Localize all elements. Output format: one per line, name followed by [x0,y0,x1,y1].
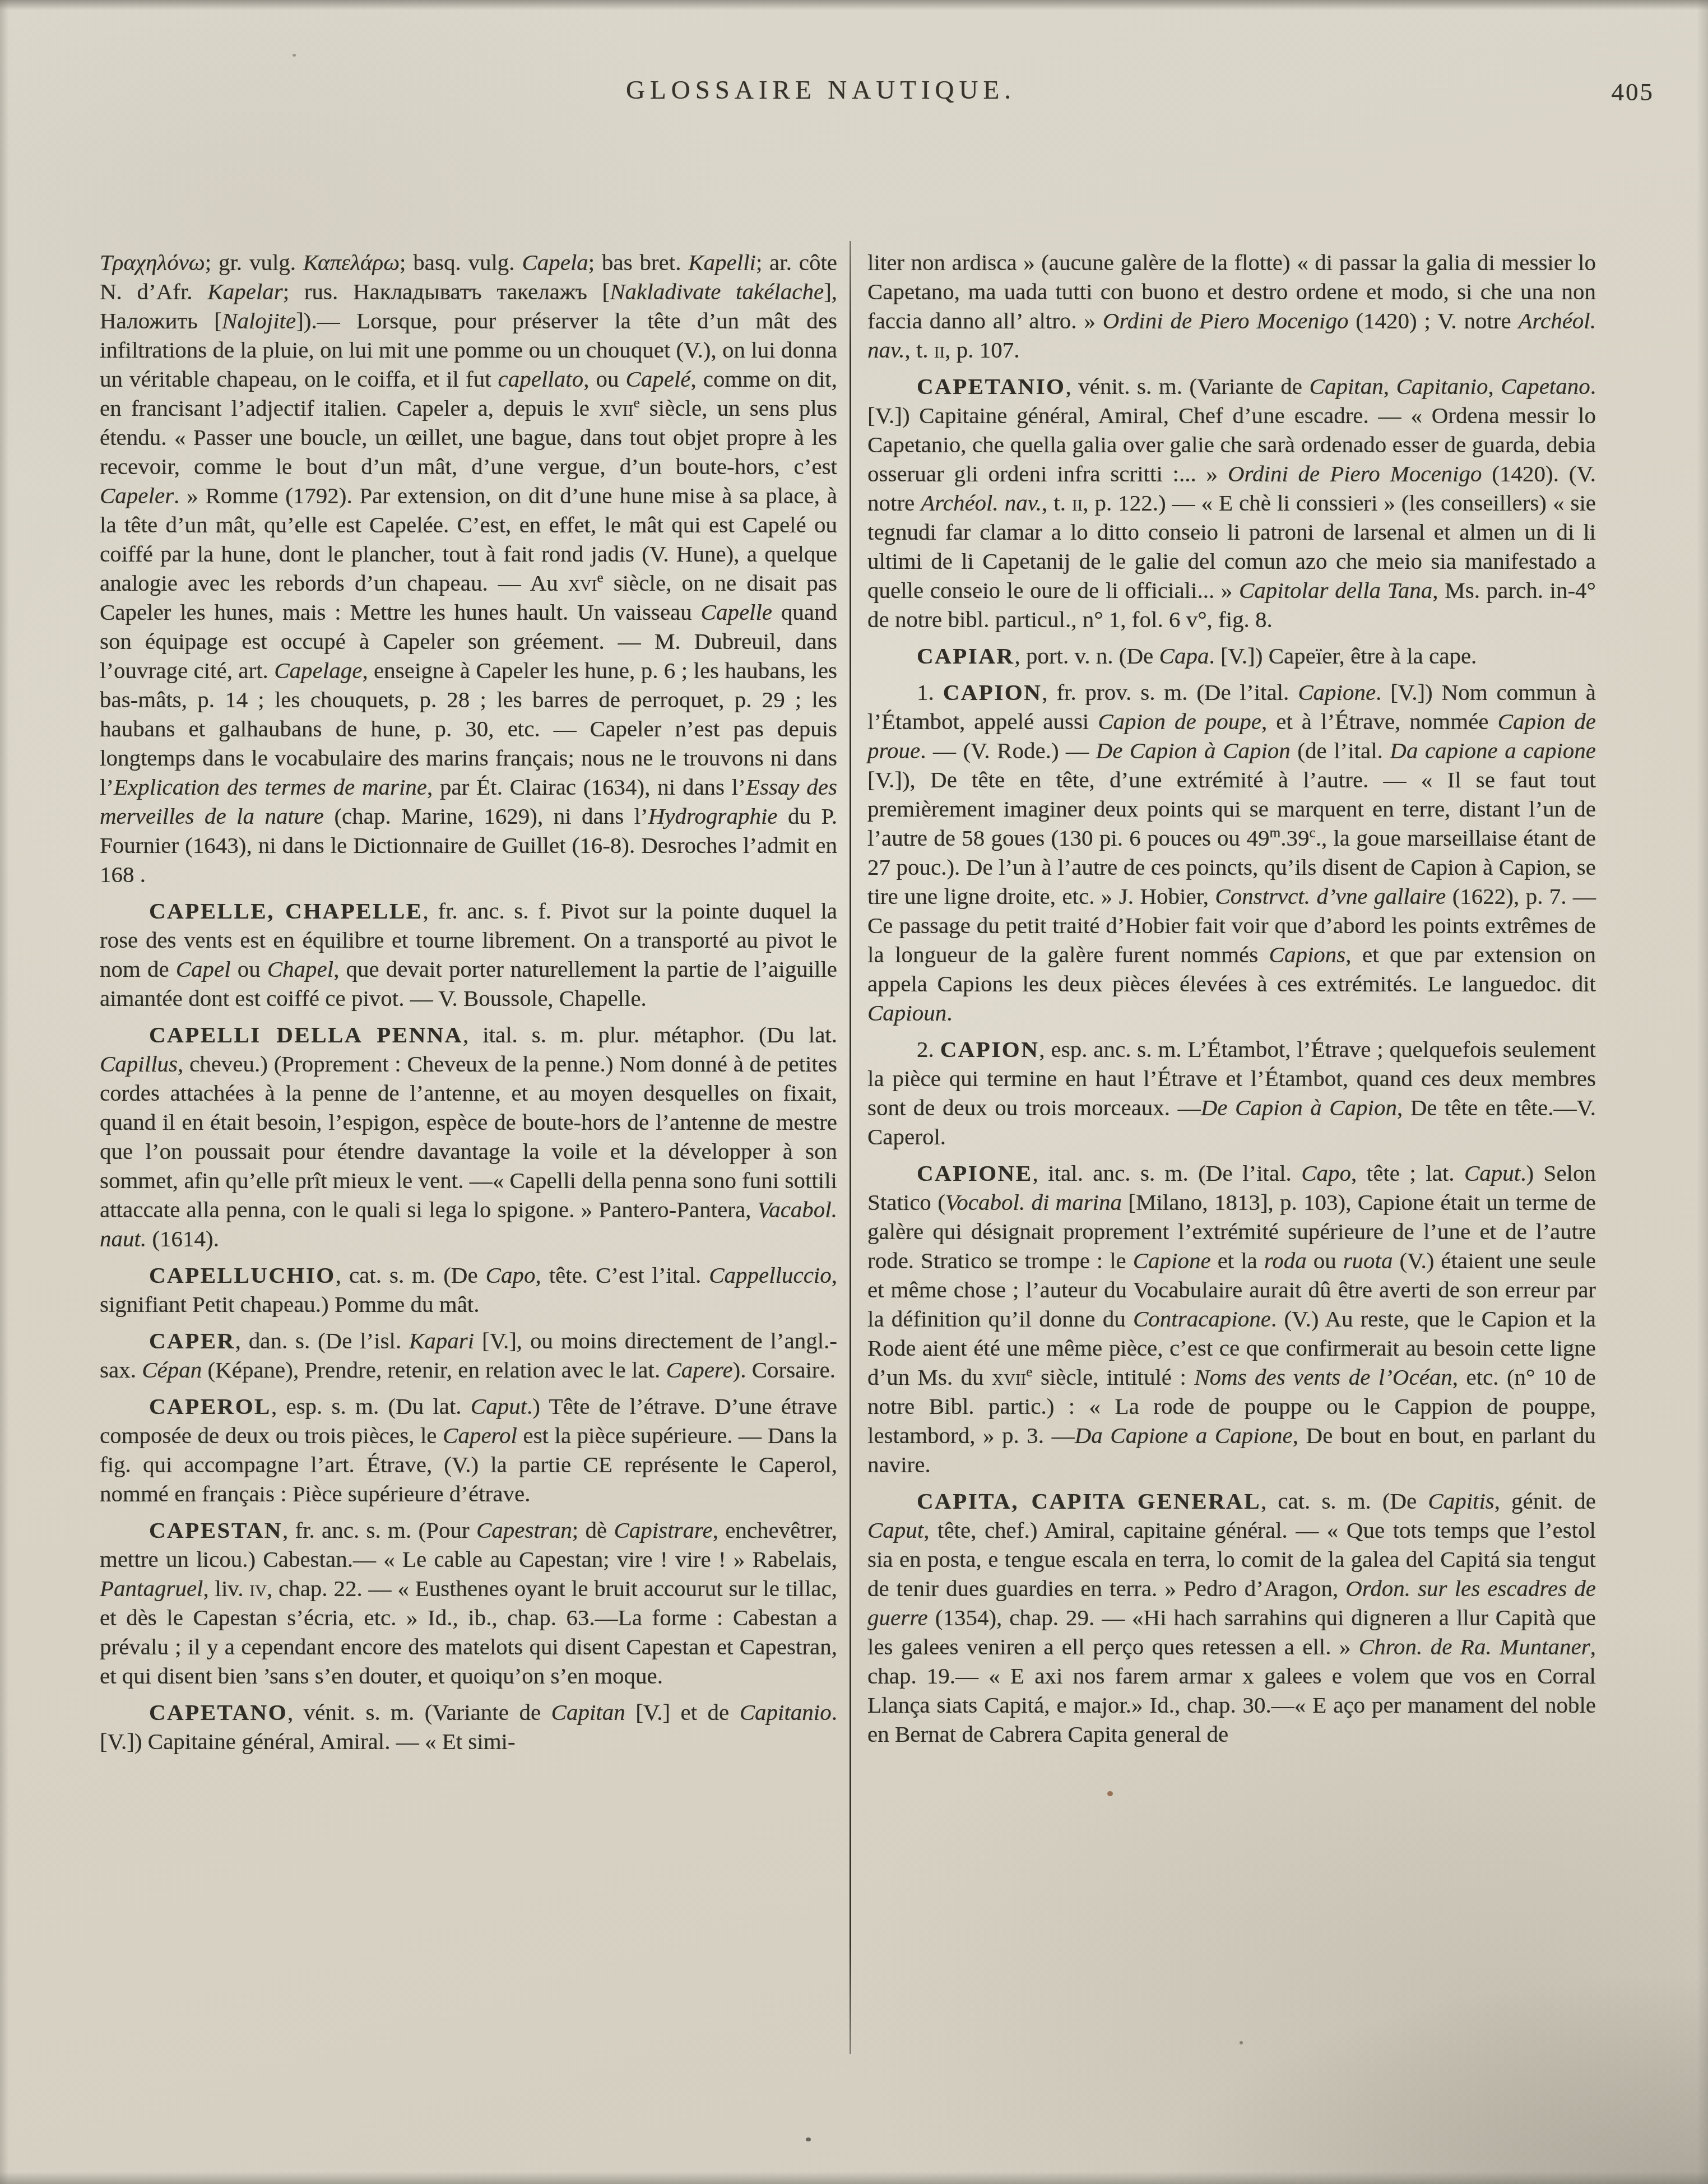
italic-run: Vocabol. di marina [945,1189,1122,1215]
italic-run: Capillus [100,1051,178,1077]
italic-run: Capere [666,1357,732,1383]
text-run: ou [231,956,267,982]
text-run: , p. 107. [945,337,1019,363]
entry-caper: CAPER, dan. s. (De l’isl. Kapari [V.], o… [100,1326,837,1384]
italic-run: Capo [1301,1160,1351,1186]
italic-run: ruota [1343,1248,1393,1273]
smallcaps-run: xvi [568,570,597,596]
text-run: , port. v. n. (De [1014,643,1159,669]
entry-headword: CAPION [940,1036,1039,1062]
italic-run: Archéol. nav. [921,490,1042,516]
italic-run: Nakladivate takélache [610,279,824,304]
italic-run: Caperol [443,1422,517,1448]
superscript-run: e [597,570,603,586]
text-run: , t. [904,337,934,363]
italic-run: Capelé [625,366,690,392]
text-run: , par Ét. Clairac (1634), ni dans l’ [427,774,746,800]
text-run: , cheveu.) (Proprement : Cheveux de la p… [100,1051,837,1222]
italic-run: Pantagruel [100,1575,203,1601]
italic-run: Capela [522,249,588,275]
text-run: , ou [583,366,625,392]
entry-headword: CAPESTAN [149,1517,282,1543]
italic-run: Constrvct. d’vne gallaire [1215,883,1446,909]
text-run: , [1488,373,1501,399]
text-run: ; rus. Накладыватъ такелажъ [ [283,279,610,304]
smallcaps-run: ii [1072,490,1083,516]
italic-run: Capitolar della Tana [1239,577,1432,603]
italic-run: Καπελάρω [303,249,400,275]
text-run: (1420) ; V. notre [1348,308,1518,333]
italic-run: Capitanio [1396,373,1488,399]
text-run: , tête. C’est l’ital. [535,1262,709,1288]
italic-run: Caput [867,1517,923,1543]
column-left: Τραχηλόνω; gr. vulg. Καπελάρω; basq. vul… [100,248,837,1756]
scanned-book-page: GLOSSAIRE NAUTIQUE. 405 Τραχηλόνω; gr. v… [0,0,1708,2184]
superscript-run: m [1269,825,1280,841]
entry-caperol: CAPEROL, esp. s. m. (Du lat. Caput.) Têt… [100,1392,837,1508]
entry-headword: CAPELLI DELLA PENNA [149,1022,463,1047]
italic-run: Capel [176,956,231,982]
entry-headword: CAPIAR [917,643,1014,669]
italic-run: Capestran [476,1517,572,1543]
text-run: , fr. prov. s. m. (De l’ital. [1042,679,1298,705]
italic-run: Kapelar [207,279,282,304]
text-run: , [1384,373,1396,399]
text-run: ; bas bret. [588,249,688,275]
italic-run: Capistrare [614,1517,712,1543]
text-run: .39 [1280,825,1309,851]
text-run: ). Corsaire. [733,1357,836,1383]
italic-run: Cépan [142,1357,202,1383]
italic-run: capellato [498,366,584,392]
italic-run: Caput [471,1393,527,1419]
italic-run: Capitis [1428,1488,1494,1514]
text-run: (chap. Marine, 1629), ni dans l’ [324,803,648,829]
entry-capita-capita-general: CAPITA, CAPITA GENERAL, cat. s. m. (De C… [867,1486,1596,1749]
ink-speck [1240,2041,1243,2044]
text-run: , génit. de [1494,1488,1596,1514]
text-run: , vénit. s. m. (Variante de [287,1699,551,1725]
text-run: (1614). [146,1226,219,1251]
italic-run: Capitanio [740,1699,832,1725]
entry-capestan: CAPESTAN, fr. anc. s. m. (Pour Capestran… [100,1515,837,1690]
italic-run: Cappelluccio [709,1262,832,1288]
smallcaps-run: iv [249,1575,267,1601]
entry-capion: 1. CAPION, fr. prov. s. m. (De l’ital. C… [867,678,1596,1027]
superscript-run: e [633,395,639,411]
page-corner-shadow [1120,1960,1708,2184]
italic-run: Da capione a capione [1390,738,1596,763]
text-run: , liv. [203,1575,249,1601]
italic-run: Chron. de Ra. Muntaner [1359,1634,1590,1659]
italic-run: Capelle [701,599,773,625]
running-title: GLOSSAIRE NAUTIQUE. [0,75,1642,105]
text-run: . — (V. Rode.) — [920,738,1096,763]
text-run: , dan. s. (De l’isl. [235,1328,409,1353]
entry-headword: CAPELLE, CHAPELLE [149,898,423,924]
text-run: siècle, intitulé : [1033,1364,1195,1390]
italic-run: Caput [1464,1160,1520,1186]
entry-headword: CAPELLUCHIO [149,1262,336,1288]
italic-run: Capelage [274,657,362,683]
italic-run: Da Capione a Capione [1075,1422,1293,1448]
italic-run: Capitan [551,1699,625,1725]
text-run: [V.] et de [625,1699,740,1725]
entry-headword: CAPEROL [149,1393,271,1419]
text-run: ; basq. vulg. [400,249,522,275]
page-number: 405 [1612,77,1655,106]
italic-run: De Capion à Capion [1201,1095,1397,1120]
foxing-spot [1107,1791,1113,1796]
entry-capetanio: CAPETANIO, vénit. s. m. (Variante de Cap… [867,372,1596,634]
entry-headword: CAPIONE [917,1160,1033,1186]
entry-capelluchio: CAPELLUCHIO, cat. s. m. (De Capo, tête. … [100,1260,837,1319]
entry-capelle-chapelle: CAPELLE, CHAPELLE, fr. anc. s. f. Pivot … [100,896,837,1013]
italic-run: Capion de poupe [1098,708,1261,734]
text-run: , ital. anc. s. m. (De l’ital. [1033,1160,1302,1186]
entry-headword: CAPER [149,1328,235,1353]
text-run: , esp. s. m. (Du lat. [271,1393,471,1419]
superscript-run: c [1309,825,1315,841]
italic-run: Ordini de Piero Mocenigo [1103,308,1349,333]
italic-run: Capione [1133,1248,1211,1273]
italic-run: Capitan [1310,373,1384,399]
text-run: (Képane), Prendre, retenir, en relation … [202,1357,666,1383]
entry-headword: CAPITA, CAPITA GENERAL [917,1488,1261,1514]
italic-run: De Capion à Capion [1096,738,1291,763]
text-run: . [946,1000,952,1026]
italic-run: Capioun [867,1000,946,1026]
entry-headword: CAPION [943,679,1042,705]
continuation-paragraph: Τραχηλόνω; gr. vulg. Καπελάρω; basq. vul… [100,248,837,889]
smallcaps-run: xvii [599,395,633,421]
column-right: liter non ardisca » (aucune galère de la… [867,248,1596,1749]
scan-edge-top [0,0,1708,10]
italic-run: Noms des vents de l’Océan [1194,1364,1452,1390]
italic-run: Ordini de Piero Mocenigo [1228,461,1482,486]
entry-capione: CAPIONE, ital. anc. s. m. (De l’ital. Ca… [867,1158,1596,1479]
entry-capiar: CAPIAR, port. v. n. (De Capa. [V.]) Cape… [867,641,1596,670]
italic-run: Kapelli [688,249,756,275]
italic-run: Capione [1298,679,1376,705]
text-run: 1. [917,679,943,705]
text-run: et la [1211,1248,1264,1273]
entry-capetano: CAPETANO, vénit. s. m. (Variante de Capi… [100,1698,837,1756]
text-run: (de l’ital. [1291,738,1390,763]
entry-headword: CAPETANO [149,1699,287,1725]
text-run: , cat. s. m. (De [336,1262,486,1288]
entry-capelli-della-penna: CAPELLI DELLA PENNA, ital. s. m. plur. m… [100,1020,837,1253]
text-run: , cat. s. m. (De [1261,1488,1428,1514]
italic-run: Contracapione [1133,1306,1271,1332]
italic-run: roda [1264,1248,1307,1273]
scan-edge-left [0,0,9,2184]
continuation-paragraph: liter non ardisca » (aucune galère de la… [867,248,1596,364]
ink-speck [806,2137,811,2141]
text-run: , vénit. s. m. (Variante de [1065,373,1309,399]
scan-edge-right [1697,0,1708,2184]
italic-run: Capeler [100,483,174,508]
entry-capion: 2. CAPION, esp. anc. s. m. L’Étambot, l’… [867,1035,1596,1151]
text-run: 2. [917,1036,940,1062]
smallcaps-run: ii [934,337,945,363]
italic-run: Nalojite [222,308,296,333]
italic-run: Capa [1159,643,1209,669]
italic-run: Capions [1269,942,1346,967]
italic-run: Τραχηλόνω [100,249,205,275]
column-divider [850,241,851,2054]
italic-run: Capetano [1501,373,1590,399]
ink-speck [293,54,296,57]
text-run: , et à l’Étrave, nommée [1261,708,1498,734]
text-run: , t. [1042,490,1072,516]
text-run: , ital. s. m. plur. métaphor. (Du lat. [463,1022,837,1047]
italic-run: Kapari [409,1328,474,1353]
italic-run: Explication des termes de marine [114,774,427,800]
italic-run: Hydrographie [648,803,778,829]
italic-run: Chapel [267,956,333,982]
text-run: ; dè [572,1517,614,1543]
smallcaps-run: xvii [992,1364,1026,1390]
text-run: ou [1307,1248,1343,1273]
superscript-run: e [1026,1364,1032,1380]
text-run: ; gr. vulg. [205,249,303,275]
text-run: , tête ; lat. [1351,1160,1464,1186]
text-run: , fr. anc. s. m. (Pour [282,1517,476,1543]
italic-run: Capo [486,1262,536,1288]
entry-headword: CAPETANIO [917,373,1065,399]
text-run: . [V.]) Capeïer, être à la cape. [1209,643,1477,669]
